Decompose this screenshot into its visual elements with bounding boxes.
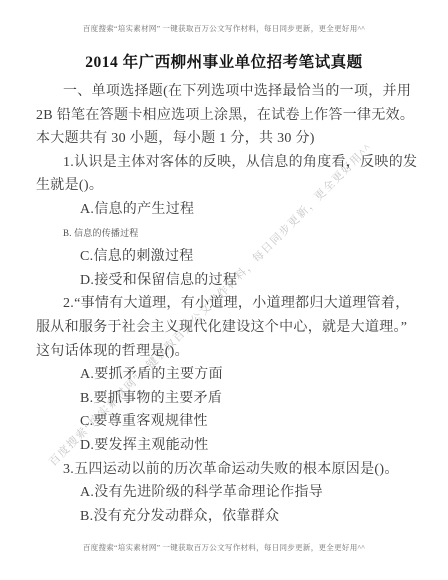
question-1-option-b: B. 信息的传播过程 [36,222,416,246]
question-2-option-b: B.要抓事物的主要矛盾 [36,387,416,411]
question-3-option-a: A.没有先进阶级的科学革命理论作指导 [36,481,416,505]
intro-line: 2B 铅笔在答题卡相应选项上涂黑，在试卷上作答一律无效。 [36,104,416,128]
page-title: 2014 年广西柳州事业单位招考笔试真题 [0,50,448,72]
question-3-option-b: B.没有充分发动群众，依靠群众 [36,505,416,529]
intro-line: 本大题共有 30 小题，每小题 1 分，共 30 分) [36,127,416,151]
document-body: 一、单项选择题(在下列选项中选择最恰当的一项，并用 2B 铅笔在答题卡相应选项上… [36,80,416,528]
question-2-option-c: C.要尊重客观规律性 [36,410,416,434]
question-2-option-a: A.要抓矛盾的主要方面 [36,363,416,387]
question-1-option-c: C.信息的刺激过程 [36,245,416,269]
question-2-text-line: 这句话体现的哲理是()。 [36,340,416,364]
promo-footer: 百度搜索“培实素材网” 一键获取百万公文写作材料，每日同步更新，更全更好用^^ [0,542,448,553]
promo-header: 百度搜索“培实素材网” 一键获取百万公文写作材料，每日同步更新，更全更好用^^ [0,23,448,34]
intro-line: 一、单项选择题(在下列选项中选择最恰当的一项，并用 [36,80,416,104]
exam-document-page: 百度搜索“培实素材网”一键获取百万公文写作材料，每日同步更新，更全更好用^^ 百… [0,0,448,580]
question-2-option-d: D.要发挥主观能动性 [36,434,416,458]
question-1-text-line: 1.认识是主体对客体的反映，从信息的角度看，反映的发 [36,151,416,175]
question-1-text-line: 生就是()。 [36,174,416,198]
question-3-text-line: 3.五四运动以前的历次革命运动失败的根本原因是()。 [36,458,416,482]
question-1-option-d: D.接受和保留信息的过程 [36,269,416,293]
question-2-text-line: 服从和服务于社会主义现代化建设这个中心，就是大道理。” [36,316,416,340]
question-2-text-line: 2.“事情有大道理，有小道理，小道理都归大道理管着， [36,292,416,316]
question-1-option-a: A.信息的产生过程 [36,198,416,222]
